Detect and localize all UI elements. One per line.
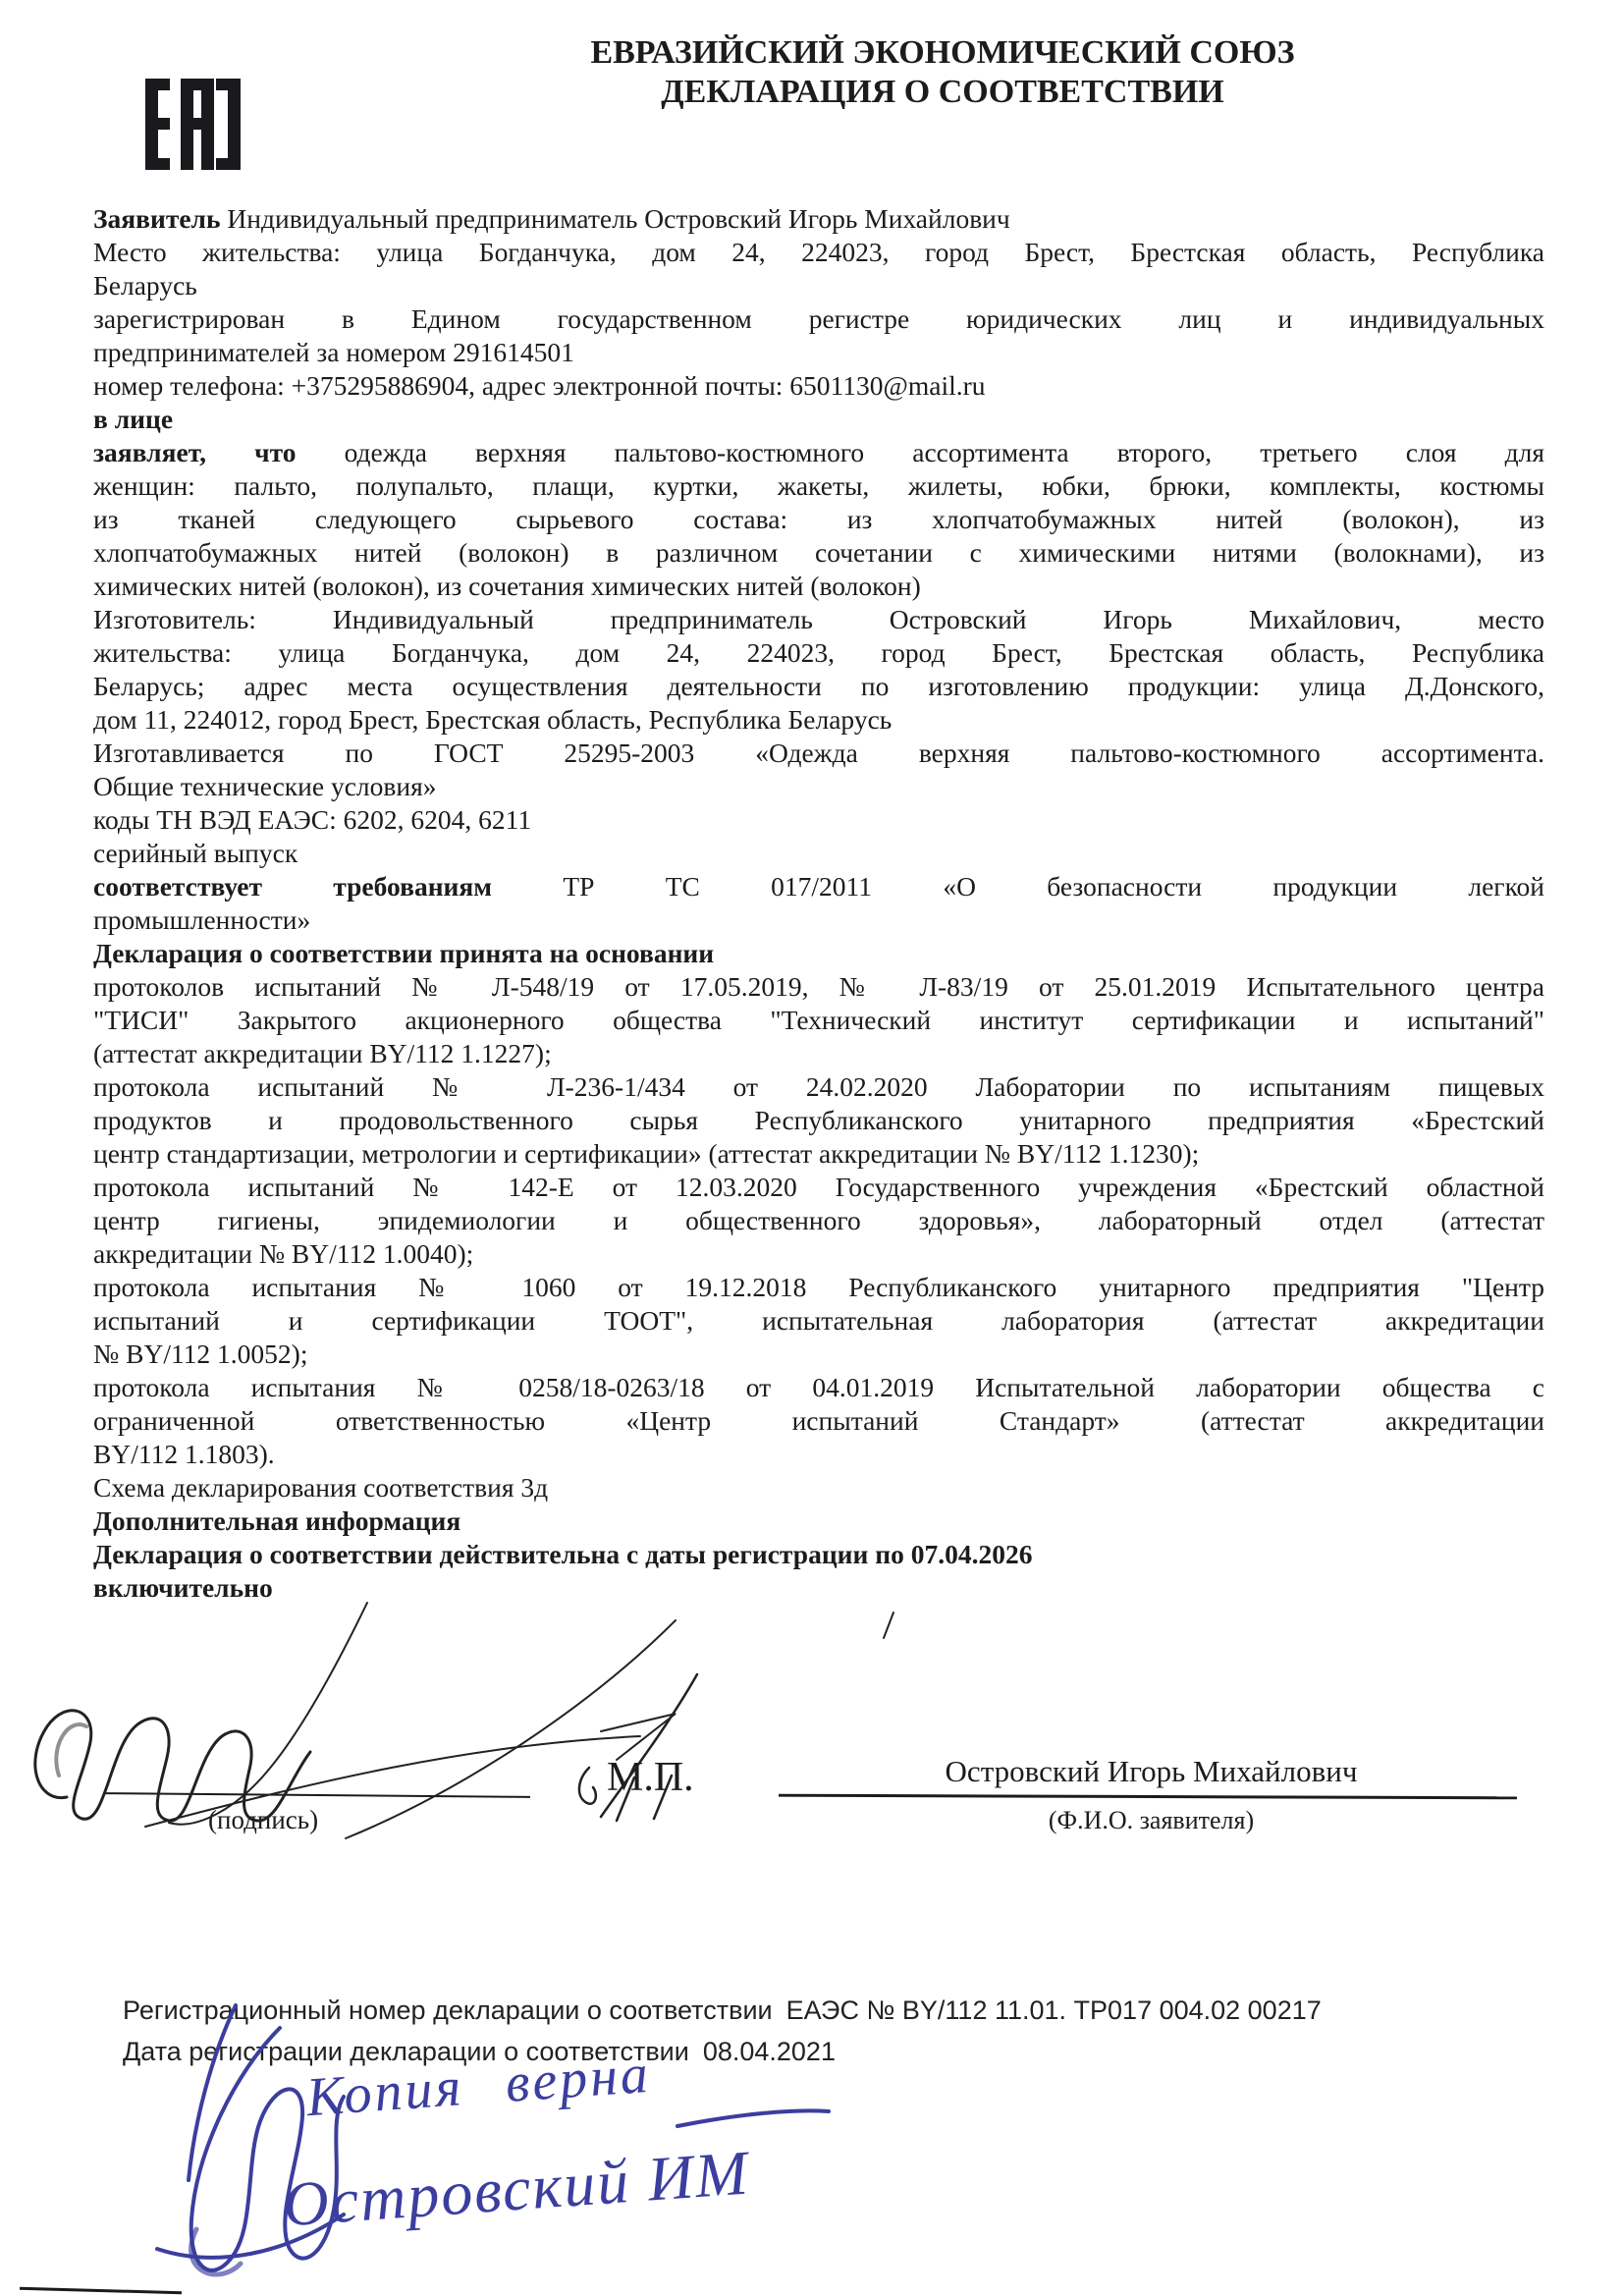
doc-line: промышленности»	[93, 903, 1544, 937]
title-line-declaration: ДЕКЛАРАЦИЯ О СООТВЕТСТВИИ	[412, 73, 1473, 112]
doc-line: протокола испытаний № 142-Е от 12.03.202…	[93, 1171, 1544, 1204]
doc-line: BY/112 1.1803).	[93, 1438, 1544, 1471]
document-title: ЕВРАЗИЙСКИЙ ЭКОНОМИЧЕСКИЙ СОЮЗ ДЕКЛАРАЦИ…	[412, 33, 1473, 112]
doc-line: Декларация о соответствии принята на осн…	[93, 937, 1544, 970]
registration-number-value: ЕАЭС № BY/112 11.01. ТР017 004.02 00217	[786, 1995, 1322, 2025]
doc-line: женщин: пальто, полупальто, плащи, куртк…	[93, 469, 1544, 503]
doc-line: коды ТН ВЭД ЕАЭС: 6202, 6204, 6211	[93, 803, 1544, 837]
complies-label: соответствует требованиям	[93, 871, 492, 902]
doc-line-text: ТР ТС 017/2011 «О безопасности продукции…	[563, 871, 1544, 902]
doc-line: жительства: улица Богданчука, дом 24, 22…	[93, 636, 1544, 670]
doc-line: из тканей следующего сырьевого состава: …	[93, 503, 1544, 536]
doc-line: Изготавливается по ГОСТ 25295-2003 «Одеж…	[93, 737, 1544, 770]
registration-date-value: 08.04.2021	[703, 2037, 836, 2066]
doc-line: протокола испытания № 0258/18-0263/18 от…	[93, 1371, 1544, 1404]
doc-line: протоколов испытаний № Л-548/19 от 17.05…	[93, 970, 1544, 1004]
registration-number-label: Регистрационный номер декларации о соотв…	[123, 1995, 773, 2025]
stamp-place-label: М.П.	[607, 1754, 694, 1801]
doc-line: ограниченной ответственностью «Центр исп…	[93, 1404, 1544, 1438]
title-line-union: ЕВРАЗИЙСКИЙ ЭКОНОМИЧЕСКИЙ СОЮЗ	[412, 33, 1473, 73]
doc-line: "ТИСИ" Закрытого акционерного общества "…	[93, 1004, 1544, 1037]
doc-line: Декларация о соответствии действительна …	[93, 1538, 1544, 1571]
handwritten-signature-name: Островский ИМ	[281, 2137, 752, 2242]
doc-line: в лице	[93, 403, 1544, 436]
doc-line: протокола испытаний № Л-236-1/434 от 24.…	[93, 1070, 1544, 1104]
doc-line: продуктов и продовольственного сырья Рес…	[93, 1104, 1544, 1137]
doc-line: соответствует требованиям ТР ТС 017/2011…	[93, 870, 1544, 903]
eac-conformity-mark-icon	[145, 79, 241, 170]
doc-line-text: одежда верхняя пальтово-костюмного ассор…	[345, 437, 1544, 467]
doc-line: зарегистрирован в Едином государственном…	[93, 302, 1544, 336]
doc-line-text: Индивидуальный предприниматель Островски…	[227, 203, 1009, 234]
doc-line: Беларусь; адрес места осуществления деят…	[93, 670, 1544, 703]
doc-line: испытаний и сертификации ТООТ", испытате…	[93, 1304, 1544, 1338]
handwritten-signature-flourish	[39, 1984, 923, 2296]
doc-line: предпринимателей за номером 291614501	[93, 336, 1544, 369]
declares-label: заявляет, что	[93, 437, 297, 467]
doc-line: номер телефона: +375295886904, адрес эле…	[93, 369, 1544, 403]
doc-line: серийный выпуск	[93, 837, 1544, 870]
applicant-name: Островский Игорь Михайлович	[785, 1754, 1517, 1789]
doc-line: Место жительства: улица Богданчука, дом …	[93, 236, 1544, 269]
applicant-name-caption: (Ф.И.О. заявителя)	[785, 1806, 1517, 1835]
doc-line: Общие технические условия»	[93, 770, 1544, 803]
doc-line: хлопчатобумажных нитей (волокон) в разли…	[93, 536, 1544, 570]
doc-line: Беларусь	[93, 269, 1544, 302]
doc-line: Дополнительная информация	[93, 1504, 1544, 1538]
doc-line: центр гигиены, эпидемиологии и обществен…	[93, 1204, 1544, 1237]
doc-line: протокола испытания № 1060 от 19.12.2018…	[93, 1271, 1544, 1304]
doc-line: № BY/112 1.0052);	[93, 1338, 1544, 1371]
document-body: Заявитель Индивидуальный предприниматель…	[93, 202, 1544, 1605]
doc-line: Заявитель Индивидуальный предприниматель…	[93, 202, 1544, 236]
doc-line: химических нитей (волокон), из сочетания…	[93, 570, 1544, 603]
applicant-label: Заявитель	[93, 203, 221, 234]
doc-line: центр стандартизации, метрологии и серти…	[93, 1137, 1544, 1171]
registration-number-row: Регистрационный номер декларации о соотв…	[123, 1995, 1322, 2026]
doc-line: Изготовитель: Индивидуальный предпринима…	[93, 603, 1544, 636]
doc-line: аккредитации № BY/112 1.0040);	[93, 1237, 1544, 1271]
doc-line: заявляет, что одежда верхняя пальтово-ко…	[93, 436, 1544, 469]
signature-line	[105, 1792, 530, 1798]
declaration-document: ЕВРАЗИЙСКИЙ ЭКОНОМИЧЕСКИЙ СОЮЗ ДЕКЛАРАЦИ…	[0, 0, 1623, 2296]
doc-line: дом 11, 224012, город Брест, Брестская о…	[93, 703, 1544, 737]
doc-line: включительно	[93, 1571, 1544, 1605]
applicant-name-line	[779, 1794, 1517, 1800]
doc-line: Схема декларирования соответствия 3д	[93, 1471, 1544, 1504]
signature-caption: (подпись)	[208, 1805, 318, 1835]
doc-line: (аттестат аккредитации BY/112 1.1227);	[93, 1037, 1544, 1070]
scan-artifact-line	[20, 2287, 182, 2295]
